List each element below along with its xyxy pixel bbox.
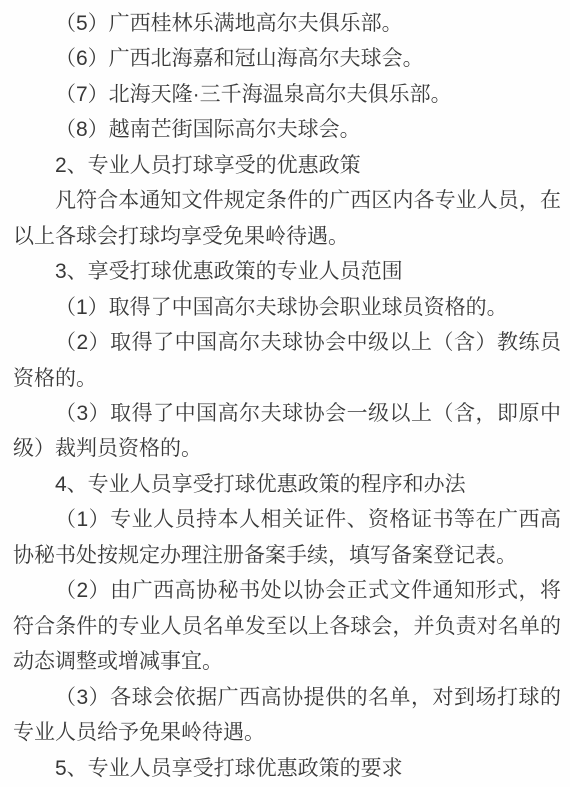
section-heading: 3、享受打球优惠政策的专业人员范围 — [13, 254, 561, 289]
body-paragraph: 凡符合本通知文件规定条件的广西区内各专业人员，在以上各球会打球均享受免果岭待遇。 — [13, 183, 561, 254]
list-item-paragraph: （3）各球会依据广西高协提供的名单，对到场打球的专业人员给予免果岭待遇。 — [13, 680, 561, 751]
section-heading: 2、专业人员打球享受的优惠政策 — [13, 148, 561, 183]
list-item-paragraph: （3）取得了中国高尔夫球协会一级以上（含，即原中级）裁判员资格的。 — [13, 396, 561, 467]
list-item-paragraph: （6）广西北海嘉和冠山海高尔夫球会。 — [13, 41, 561, 76]
list-item-paragraph: （5）广西桂林乐满地高尔夫俱乐部。 — [13, 6, 561, 41]
list-item-paragraph: （7）北海天隆·三千海温泉高尔夫俱乐部。 — [13, 77, 561, 112]
list-item-paragraph: （2）由广西高协秘书处以协会正式文件通知形式，将符合条件的专业人员名单发至以上各… — [13, 573, 561, 679]
section-heading: 4、专业人员享受打球优惠政策的程序和办法 — [13, 467, 561, 502]
list-item-paragraph: （1）专业人员持本人相关证件、资格证书等在广西高协秘书处按规定办理注册备案手续，… — [13, 502, 561, 573]
list-item-paragraph: （1）取得了中国高尔夫球协会职业球员资格的。 — [13, 290, 561, 325]
list-item-paragraph: （8）越南芒街国际高尔夫球会。 — [13, 112, 561, 147]
document-page: （5）广西桂林乐满地高尔夫俱乐部。（6）广西北海嘉和冠山海高尔夫球会。（7）北海… — [0, 0, 570, 787]
section-heading: 5、专业人员享受打球优惠政策的要求 — [13, 751, 561, 786]
list-item-paragraph: （2）取得了中国高尔夫球协会中级以上（含）教练员资格的。 — [13, 325, 561, 396]
